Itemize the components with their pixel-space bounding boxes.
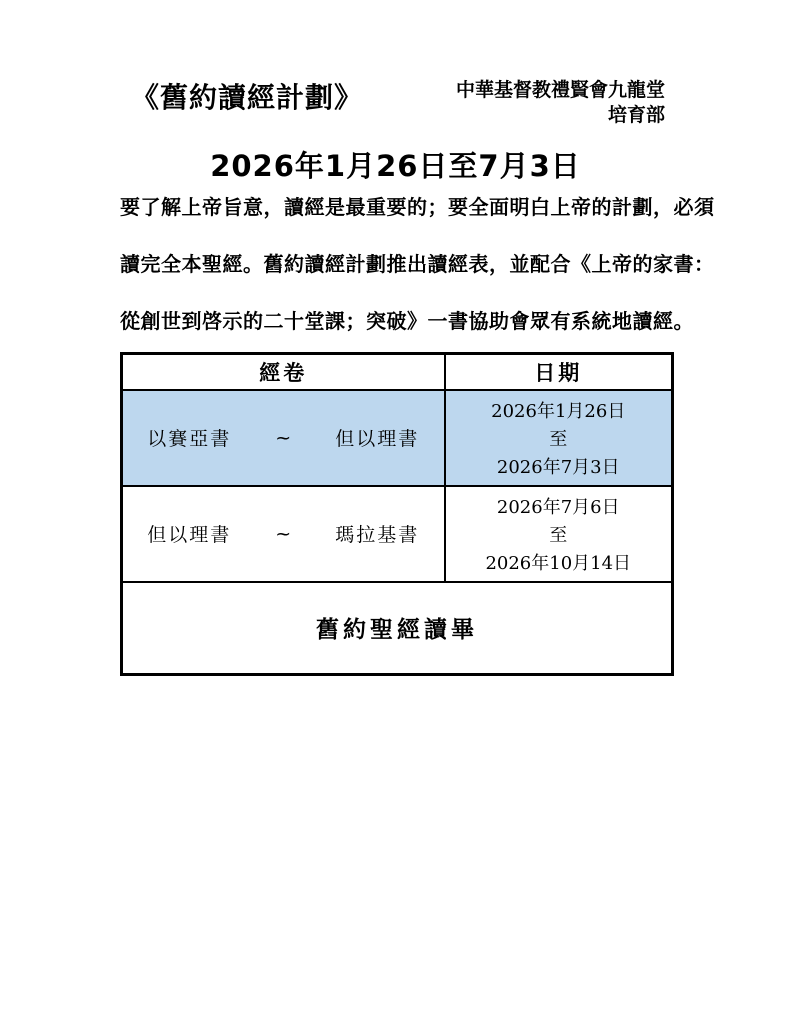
date-to-label: 至: [549, 521, 567, 547]
range-tilde: ~: [275, 523, 291, 545]
book-from: 但以理書: [147, 520, 231, 547]
table-header-row: 經卷 日期: [122, 354, 673, 390]
intro-line-3: 從創世到啓示的二十堂課；突破》一書協助會眾有系統地讀經。: [120, 306, 676, 336]
scripture-range: 但以理書 ~ 瑪拉基書: [123, 520, 444, 547]
table-row: 以賽亞書 ~ 但以理書 2026年1月26日 至 2026年7月3日: [122, 390, 673, 486]
date-range-cell: 2026年7月6日 至 2026年10月14日: [445, 486, 673, 582]
book-from: 以賽亞書: [147, 424, 231, 451]
table-footer-row: 舊約聖經讀畢: [122, 582, 673, 675]
book-to: 瑪拉基書: [335, 520, 419, 547]
range-tilde: ~: [275, 427, 291, 449]
date-column-header: 日期: [445, 354, 673, 390]
scripture-range-cell: 但以理書 ~ 瑪拉基書: [122, 486, 445, 582]
date-range: 2026年7月6日 至 2026年10月14日: [446, 487, 672, 581]
date-range: 2026年1月26日 至 2026年7月3日: [446, 391, 672, 485]
organization-department: 培育部: [456, 103, 665, 128]
intro-line-2: 讀完全本聖經。舊約讀經計劃推出讀經表，並配合《上帝的家書：: [120, 249, 676, 279]
date-to-label: 至: [549, 425, 567, 451]
intro-line-1: 要了解上帝旨意，讀經是最重要的；要全面明白上帝的計劃，必須: [120, 192, 676, 222]
date-end: 2026年10月14日: [485, 549, 631, 575]
scripture-range: 以賽亞書 ~ 但以理書: [123, 424, 444, 451]
table-row: 但以理書 ~ 瑪拉基書 2026年7月6日 至 2026年10月14日: [122, 486, 673, 582]
book-to: 但以理書: [335, 424, 419, 451]
scripture-range-cell: 以賽亞書 ~ 但以理書: [122, 390, 445, 486]
organization-block: 中華基督教禮賢會九龍堂 培育部: [456, 78, 665, 128]
completion-label: 舊約聖經讀畢: [122, 582, 673, 675]
date-range-heading: 2026年1月26日至7月3日: [0, 144, 791, 185]
date-start: 2026年1月26日: [491, 397, 625, 423]
organization-name: 中華基督教禮賢會九龍堂: [456, 78, 665, 103]
document-page: 《舊約讀經計劃》 中華基督教禮賢會九龍堂 培育部 2026年1月26日至7月3日…: [0, 0, 791, 1024]
date-end: 2026年7月3日: [497, 453, 620, 479]
intro-paragraph: 要了解上帝旨意，讀經是最重要的；要全面明白上帝的計劃，必須 讀完全本聖經。舊約讀…: [120, 192, 676, 363]
document-title: 《舊約讀經計劃》: [131, 76, 363, 116]
date-range-cell: 2026年1月26日 至 2026年7月3日: [445, 390, 673, 486]
date-start: 2026年7月6日: [497, 493, 620, 519]
scripture-column-header: 經卷: [122, 354, 445, 390]
reading-plan-table: 經卷 日期 以賽亞書 ~ 但以理書 2026年1月26日 至 2026年7月3日: [120, 352, 674, 676]
